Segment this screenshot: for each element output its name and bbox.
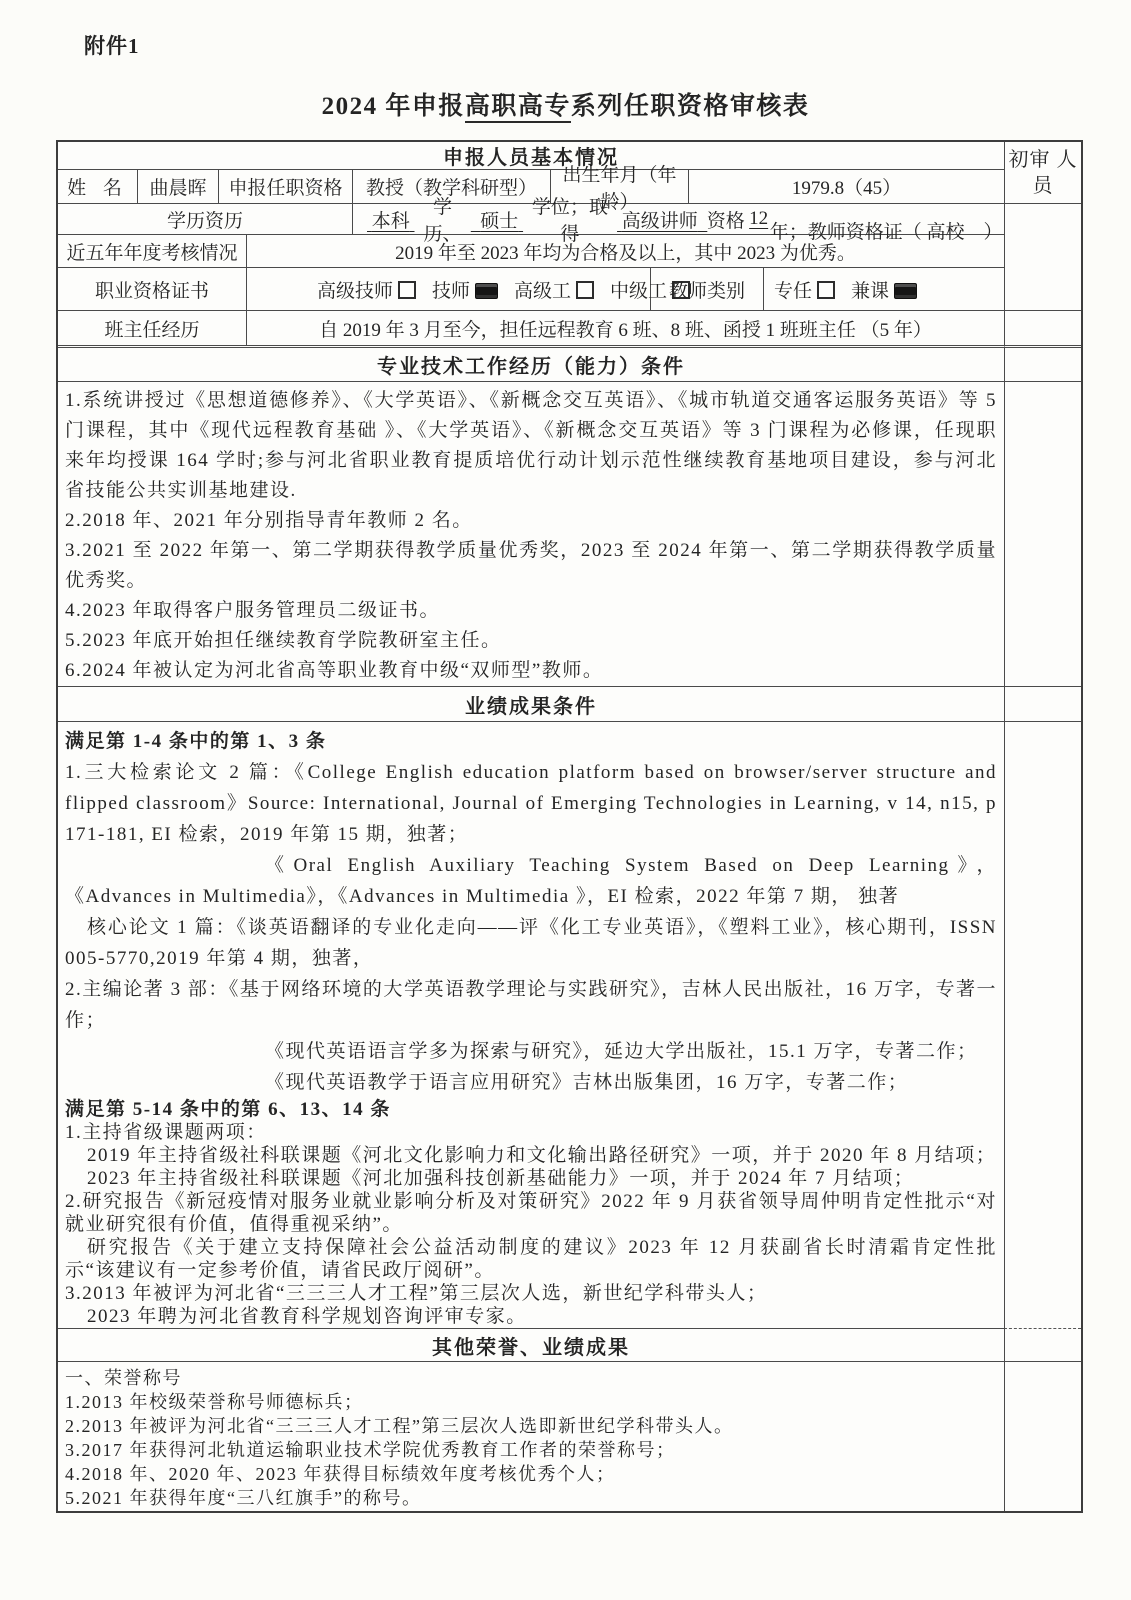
checkbox-option: 高级技师 <box>317 276 416 303</box>
education-label: 学历资历 <box>58 204 353 234</box>
reviewer-empty-cell-5 <box>1004 687 1081 722</box>
text-line: 1.三大检索论文 2 篇：《College English education … <box>65 757 997 850</box>
checkbox-option: 兼课 <box>851 276 917 303</box>
reviewer-empty-cell-2 <box>1004 311 1081 348</box>
text-line: 4.2018 年、2020 年、2023 年获得目标绩效年度考核优秀个人； <box>65 1462 997 1486</box>
fill-in-underlined-value: 硕士 <box>471 206 523 233</box>
checkbox-option-label: 兼课 <box>851 281 889 302</box>
fill-in-underlined-value: 高级讲师 <box>617 206 707 233</box>
vocational-cert-options: 高级技师技师高级工中级工 <box>247 268 651 310</box>
text-line: 研究报告《关于建立支持保障社会公益活动制度的建议》2023 年 12 月获副省长… <box>65 1236 997 1282</box>
checkbox-option-label: 专任 <box>774 281 812 302</box>
text-line: 2023 年主持省级社科联课题《河北加强科技创新基础能力》一项，并于 2024 … <box>65 1167 997 1190</box>
teacher-type-label: 教师类别 <box>651 268 764 310</box>
title-suffix: 系列任职资格审核表 <box>571 93 810 120</box>
fill-in-underlined-value: 本科 <box>367 206 414 233</box>
attachment-label: 附件1 <box>84 30 140 60</box>
reviewer-empty-cell-4 <box>1004 382 1081 687</box>
checkbox-unchecked-icon <box>817 281 835 299</box>
vocational-cert-row: 职业资格证书 高级技师技师高级工中级工 教师类别 专任兼课 <box>58 268 1004 311</box>
text-line: 核心论文 1 篇：《谈英语翻译的专业化走向——评《化工专业英语》，《塑料工业》，… <box>65 912 997 974</box>
basic-info-section-header: 申报人员基本情况 <box>58 142 1004 170</box>
reviewer-column-header: 初审 人员 <box>1004 142 1081 204</box>
text-line: 一、荣誉称号 <box>65 1366 997 1390</box>
checkbox-unchecked-icon <box>398 281 416 299</box>
checkbox-checked-icon <box>894 283 917 299</box>
checkbox-option: 专任 <box>774 276 835 303</box>
checkbox-option: 技师 <box>432 276 498 303</box>
checkbox-option-label: 高级工 <box>514 281 571 302</box>
text-line: 3.2021 至 2022 年第一、第二学期获得教学质量优秀奖，2023 至 2… <box>65 536 997 596</box>
text-line: 满足第 5-14 条中的第 6、13、14 条 <box>65 1098 997 1121</box>
text-line: 《现代英语教学于语言应用研究》吉林出版集团，16 万字，专著二作； <box>65 1067 997 1098</box>
head-teacher-value: 自 2019 年 3 月至今，担任远程教育 6 班、8 班、函授 1 班班主任 … <box>247 311 1004 345</box>
text-line: 3.2013 年被评为河北省“三三三人才工程”第三层次人选，新世纪学科带头人； <box>65 1282 997 1305</box>
checkbox-checked-icon <box>475 283 498 299</box>
title-underlined-part: 高职高专 <box>465 93 571 123</box>
checkbox-unchecked-icon <box>576 281 594 299</box>
text-line: 2019 年主持省级社科联课题《河北文化影响力和文化输出路径研究》一项，并于 2… <box>65 1144 997 1167</box>
scanned-form-page: 附件1 2024 年申报高职高专系列任职资格审核表 申报人员基本情况 初审 人员… <box>0 0 1131 1600</box>
page-title: 2024 年申报高职高专系列任职资格审核表 <box>0 86 1131 122</box>
applied-title-label: 申报任职资格 <box>219 170 353 203</box>
section-2-body: 满足第 1-4 条中的第 1、3 条1.三大检索论文 2 篇：《College … <box>58 722 1004 1329</box>
name-value: 曲晨晖 <box>138 170 219 203</box>
education-value: 本科 学历、 硕士 学位；取得 高级讲师 资格 12 年；教师资格证（ 高校 ） <box>353 204 1004 234</box>
text-line: 1.系统讲授过《思想道德修养》、《大学英语》、《新概念交互英语》、《城市轨道交通… <box>65 386 997 506</box>
text-line: 2.研究报告《新冠疫情对服务业就业影响分析及对策研究》2022 年 9 月获省领… <box>65 1190 997 1236</box>
text-line: 4.2023 年取得客户服务管理员二级证书。 <box>65 596 997 626</box>
text-line: 满足第 1-4 条中的第 1、3 条 <box>65 726 997 757</box>
annual-assessment-label: 近五年年度考核情况 <box>58 235 247 267</box>
fill-in-static-text: 资格 <box>707 206 749 233</box>
text-line: 2.主编论著 3 部：《基于网络环境的大学英语教学理论与实践研究》，吉林人民出版… <box>65 974 997 1036</box>
text-line: 5.2023 年底开始担任继续教育学院教研室主任。 <box>65 626 997 656</box>
text-line: 1.主持省级课题两项： <box>65 1121 997 1144</box>
text-line: 2023 年聘为河北省教育科学规划咨询评审专家。 <box>65 1305 997 1328</box>
section-2-header: 业绩成果条件 <box>58 687 1004 722</box>
text-line: 《Oral English Auxiliary Teaching System … <box>65 850 997 912</box>
reviewer-empty-cell-7 <box>1004 1329 1081 1362</box>
education-row: 学历资历 本科 学历、 硕士 学位；取得 高级讲师 资格 12 年；教师资格证（… <box>58 204 1004 235</box>
checkbox-option-label: 高级技师 <box>317 281 393 302</box>
fill-in-underlined-value: 12 <box>749 208 768 230</box>
text-line: 2.2018 年、2021 年分别指导青年教师 2 名。 <box>65 506 997 536</box>
head-teacher-label: 班主任经历 <box>58 311 247 345</box>
text-line: 2.2013 年被评为河北省“三三三人才工程”第三层次人选即新世纪学科带头人。 <box>65 1414 997 1438</box>
text-line: 5.2021 年获得年度“三八红旗手”的称号。 <box>65 1486 997 1510</box>
section-3-body: 一、荣誉称号1.2013 年校级荣誉称号师德标兵；2.2013 年被评为河北省“… <box>58 1362 1004 1511</box>
reviewer-empty-cell-6 <box>1004 722 1081 1329</box>
text-line: 3.2017 年获得河北轨道运输职业技术学院优秀教育工作者的荣誉称号； <box>65 1438 997 1462</box>
section-1-header: 专业技术工作经历（能力）条件 <box>58 348 1004 382</box>
annual-assessment-value: 2019 年至 2023 年均为合格及以上，其中 2023 为优秀。 <box>247 235 1004 267</box>
title-prefix: 2024 年申报 <box>322 93 465 120</box>
checkbox-option: 高级工 <box>514 276 594 303</box>
name-label: 姓 名 <box>58 170 138 203</box>
text-line: 《现代英语语言学多为探索与研究》，延边大学出版社，15.1 万字，专著二作； <box>65 1036 997 1067</box>
checkbox-option-label: 技师 <box>432 281 470 302</box>
text-line: 1.2013 年校级荣誉称号师德标兵； <box>65 1390 997 1414</box>
reviewer-empty-cell-3 <box>1004 348 1081 382</box>
annual-assessment-row: 近五年年度考核情况 2019 年至 2023 年均为合格及以上，其中 2023 … <box>58 235 1004 268</box>
vocational-cert-label: 职业资格证书 <box>58 268 247 310</box>
reviewer-empty-cell-1 <box>1004 204 1081 311</box>
teacher-type-options: 专任兼课 <box>764 268 1004 310</box>
section-1-body: 1.系统讲授过《思想道德修养》、《大学英语》、《新概念交互英语》、《城市轨道交通… <box>58 382 1004 687</box>
review-form-table: 申报人员基本情况 初审 人员 姓 名 曲晨晖 申报任职资格 教授（教学科研型） … <box>56 140 1083 1513</box>
reviewer-empty-cell-8 <box>1004 1362 1081 1511</box>
section-3-header: 其他荣誉、业绩成果 <box>58 1329 1004 1362</box>
head-teacher-row: 班主任经历 自 2019 年 3 月至今，担任远程教育 6 班、8 班、函授 1… <box>58 311 1004 348</box>
text-line: 6.2024 年被认定为河北省高等职业教育中级“双师型”教师。 <box>65 656 997 686</box>
